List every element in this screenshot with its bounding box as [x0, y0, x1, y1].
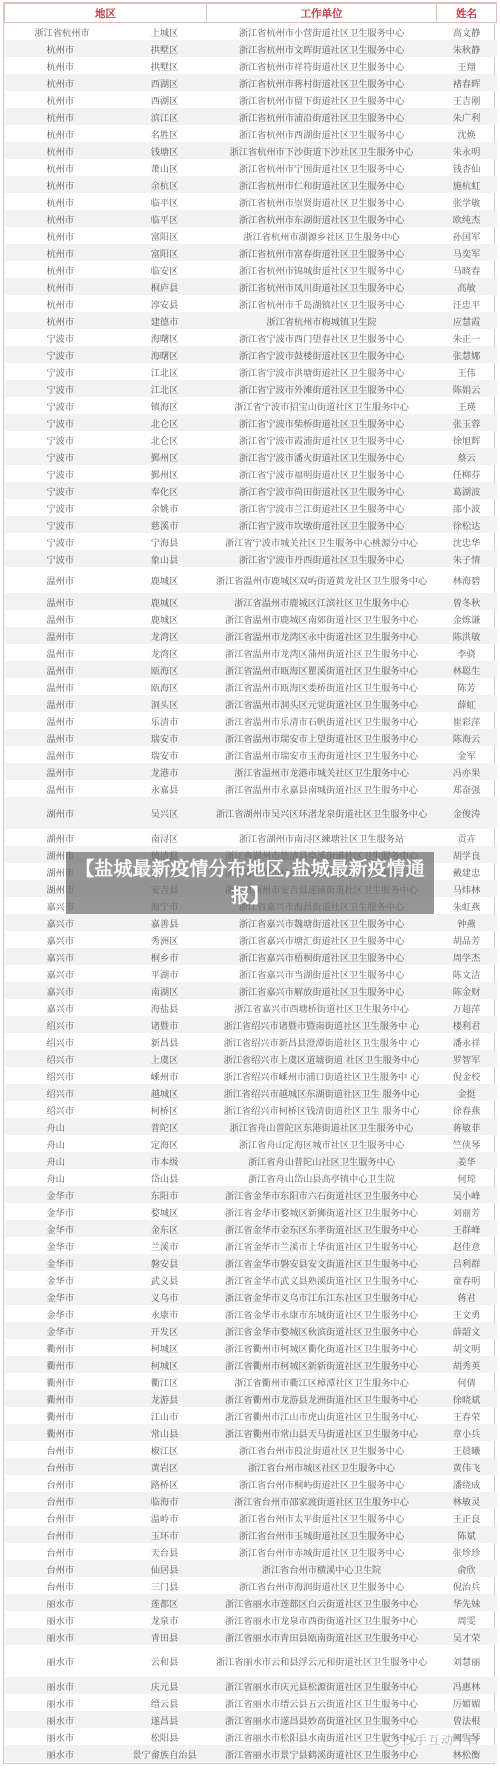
cell-district: 嘉善县 [123, 914, 207, 931]
table-row: 嘉兴市南湖区浙江省嘉兴市解放街道社区卫生服务中心陈金财 [5, 982, 497, 999]
cell-unit: 浙江省丽水市遂昌县妙高街道社区卫生服务中心 [207, 1711, 437, 1728]
table-row: 金华市义乌市浙江省金华市义乌市江东江东社区卫生服务中心蒋君 [5, 1288, 497, 1305]
cell-city: 绍兴市 [5, 1101, 123, 1118]
cell-district: 北仑区 [123, 414, 207, 431]
cell-name: 李骁 [437, 644, 497, 661]
cell-name: 曾法根 [437, 1711, 497, 1728]
table-row: 宁波市余姚市浙江省宁波市兰江街道社区卫生服务中心邵小波 [5, 499, 497, 516]
table-row: 舟山市本级浙江省舟山普陀山社区卫生服务中心姜华 [5, 1152, 497, 1169]
cell-district: 拱墅区 [123, 57, 207, 74]
cell-city: 丽水市 [5, 1694, 123, 1711]
cell-district: 桐乡市 [123, 948, 207, 965]
cell-city: 嘉兴市 [5, 914, 123, 931]
cell-name: 钱杏仙 [437, 159, 497, 176]
table-row: 绍兴市柯桥区浙江省绍兴市柯桥区钱清街道社区卫生 服务中心徐春燕 [5, 1101, 497, 1118]
cell-name: 高敏 [437, 278, 497, 295]
cell-name: 朱正一 [437, 329, 497, 346]
cell-unit: 浙江省杭州市浦沿街道社区卫生服务中心 [207, 108, 437, 125]
cell-district: 拱墅区 [123, 40, 207, 57]
cell-district: 柯桥区 [123, 1101, 207, 1118]
cell-district: 柯城区 [123, 1339, 207, 1356]
cell-district: 鄞州区 [123, 448, 207, 465]
table-row: 杭州市名胜区浙江省杭州市西湖街道社区卫生服务中心沈焕 [5, 125, 497, 142]
cell-city: 杭州市 [5, 193, 123, 210]
cell-city: 宁波市 [5, 363, 123, 380]
cell-district: 常山县 [123, 1424, 207, 1441]
cell-name: 郑奋强 [437, 780, 497, 797]
cell-unit: 浙江省舟山普陀区东港街道社区卫生服务中心 [207, 1118, 437, 1135]
cell-city: 台州市 [5, 1441, 123, 1458]
cell-district: 上虞区 [123, 1050, 207, 1067]
cell-name: 竺侠琴 [437, 1135, 497, 1152]
cell-city: 衢州市 [5, 1390, 123, 1407]
cell-district: 永嘉县 [123, 780, 207, 797]
cell-city: 宁波市 [5, 414, 123, 431]
cell-name: 王春荣 [437, 1407, 497, 1424]
cell-district: 瑞安市 [123, 729, 207, 746]
cell-district: 秀洲区 [123, 931, 207, 948]
cell-unit: 浙江省金华市金东区东孝街道社区卫生服务中心 [207, 1220, 437, 1237]
cell-name: 蔡云 [437, 448, 497, 465]
table-row: 衢州市江山市浙江省衢州市江山市虎山街道社区卫生服务中心王春荣 [5, 1407, 497, 1424]
cell-city: 温州市 [5, 627, 123, 644]
cell-unit: 浙江省湖州市吴兴区环渚龙泉街道社区卫生服务中心 [207, 797, 437, 829]
cell-city: 杭州市 [5, 91, 123, 108]
cell-unit: 浙江省丽水市龙泉市西街街道社区卫生服务中心 [207, 1611, 437, 1628]
cell-name: 陈娟云 [437, 380, 497, 397]
cell-district: 庆元县 [123, 1677, 207, 1694]
cell-district: 遂昌县 [123, 1711, 207, 1728]
cell-unit: 浙江省台州市葭沚街道社区卫生服务中心 [207, 1441, 437, 1458]
cell-city: 温州市 [5, 780, 123, 797]
table-row: 杭州市临平区浙江省杭州市崇贤街道社区卫生服务中心张学敏 [5, 193, 497, 210]
table-row: 宁波市鄞州区浙江省宁波市福明街道社区卫生服务中心任柳芬 [5, 465, 497, 482]
cell-name: 胡学良 [437, 846, 497, 863]
cell-district: 临平区 [123, 193, 207, 210]
cell-name: 徐松达 [437, 516, 497, 533]
cell-name: 吴才荣 [437, 1628, 497, 1645]
cell-city: 杭州市 [5, 108, 123, 125]
table-row: 衢州市柯城区浙江省衢州市柯城区衢化街道社区卫生服务中心胡文明 [5, 1339, 497, 1356]
table-row: 舟山定海区浙江省舟山定海区城市社区卫生服务中心竺侠琴 [5, 1135, 497, 1152]
cell-city: 舟山 [5, 1135, 123, 1152]
cell-name: 王瑛 [437, 397, 497, 414]
cell-district: 江北区 [123, 380, 207, 397]
cell-name: 王文勇 [437, 1305, 497, 1322]
cell-city: 丽水市 [5, 1728, 123, 1745]
cell-city: 丽水市 [5, 1628, 123, 1645]
cell-unit: 浙江省宁波市丹西街道社区卫生服务中心 [207, 550, 437, 567]
cell-district: 西湖区 [123, 74, 207, 91]
cell-unit: 浙江省台州市赤城街道社区卫生服务中心 [207, 1543, 437, 1560]
cell-district: 青田县 [123, 1628, 207, 1645]
cell-city: 湖州市 [5, 829, 123, 846]
cell-city: 衢州市 [5, 1356, 123, 1373]
table-row: 杭州市西湖区浙江省杭州市蒋村街道社区卫生服务中心褚春晖 [5, 74, 497, 91]
cell-district: 平湖市 [123, 965, 207, 982]
cell-district: 桐庐县 [123, 278, 207, 295]
table-row: 温州市鹿城区浙江省温州市鹿城区江滨社区卫生服务中心曾冬秋 [5, 593, 497, 610]
cell-district: 余杭区 [123, 176, 207, 193]
cell-unit: 浙江省台州市桐屿街道社区卫生服务中心 [207, 1475, 437, 1492]
table-row: 台州市黄岩区浙江省台州市城区社区卫生服务中心黄伟飞 [5, 1458, 497, 1475]
cell-unit: 浙江省宁波市城关社区卫生服务中心桃源分中心 [207, 533, 437, 550]
cell-name: 黄伟飞 [437, 1458, 497, 1475]
cell-city: 杭州市 [5, 261, 123, 278]
cell-unit: 浙江省丽水市莲都区白云街道社区卫生服务中心 [207, 1594, 437, 1611]
cell-district: 慈溪市 [123, 516, 207, 533]
table-row: 宁波市奉化区浙江省宁波市尚田街道社区卫生服务中心葛湖波 [5, 482, 497, 499]
cell-unit: 浙江省温州市鹿城区江滨社区卫生服务中心 [207, 593, 437, 610]
table-row: 丽水市庆元县浙江省丽水市庆元县松源街道社区卫生服务中心冯惠林 [5, 1677, 497, 1694]
cell-city: 温州市 [5, 763, 123, 780]
cell-unit: 浙江省衢州市柯城区新新街道社区卫生服务中心 [207, 1356, 437, 1373]
cell-name: 厉媚媚 [437, 1694, 497, 1711]
cell-district: 仙居县 [123, 1560, 207, 1577]
cell-name: 蒋君 [437, 1288, 497, 1305]
cell-district: 北仑区 [123, 431, 207, 448]
table-row: 温州市瑞安市浙江省温州市瑞安市玉海街道社区卫生服务中心金军 [5, 746, 497, 763]
cell-unit: 浙江省台州市太平街道社区卫生服务中心 [207, 1509, 437, 1526]
table-row: 台州市临海市浙江省台州市邵家渡街道社区卫生服务中心林敏灵 [5, 1492, 497, 1509]
cell-name: 张慧娜 [437, 346, 497, 363]
table-row: 宁波市江北区浙江省宁波市洪塘街道社区卫生服务中心王伟 [5, 363, 497, 380]
cell-unit: 浙江省宁波市兰江街道社区卫生服务中心 [207, 499, 437, 516]
cell-unit: 浙江省舟山普陀山社区卫生服务中心 [207, 1152, 437, 1169]
cell-city: 宁波市 [5, 499, 123, 516]
table-row: 杭州市富阳区浙江省杭州市富春街道社区卫生服务中心马奕军 [5, 244, 497, 261]
cell-city: 杭州市 [5, 125, 123, 142]
cell-city: 丽水市 [5, 1611, 123, 1628]
cell-name: 陈海云 [437, 729, 497, 746]
cell-city: 金华市 [5, 1305, 123, 1322]
cell-district: 普陀区 [123, 1118, 207, 1135]
cell-district: 龙游县 [123, 1390, 207, 1407]
table-row: 嘉兴市平湖市浙江省嘉兴市当湖街道社区卫生服务中心陈文洁 [5, 965, 497, 982]
cell-name: 何琼 [437, 1169, 497, 1186]
table-row: 金华市金东区浙江省金华市金东区东孝街道社区卫生服务中心王群峰 [5, 1220, 497, 1237]
cell-unit: 浙江省杭州市下沙街道下沙社区卫生服务中心 [207, 142, 437, 159]
cell-district: 萧山区 [123, 159, 207, 176]
cell-city: 宁波市 [5, 550, 123, 567]
cell-city: 宁波市 [5, 329, 123, 346]
cell-district: 瑞安市 [123, 746, 207, 763]
cell-city: 金华市 [5, 1271, 123, 1288]
cell-city: 温州市 [5, 712, 123, 729]
cell-city: 金华市 [5, 1322, 123, 1339]
cell-city: 宁波市 [5, 397, 123, 414]
table-row: 宁波市海曙区浙江省宁波市鼓楼街道社区卫生服务中心张慧娜 [5, 346, 497, 363]
cell-unit: 浙江省杭州市千岛湖镇社区卫生服务中心 [207, 295, 437, 312]
cell-district: 洞头区 [123, 695, 207, 712]
cell-unit: 浙江省宁波市福明街道社区卫生服务中心 [207, 465, 437, 482]
article-title-overlay: 【盐城最新疫情分布地区,盐城最新疫情通报】 [66, 852, 434, 914]
table-row: 杭州市桐庐县浙江省杭州市凤川街道社区卫生服务中心高敏 [5, 278, 497, 295]
table-row: 杭州市拱墅区浙江省杭州市祥符街道社区卫生服务中心王翔 [5, 57, 497, 74]
table-row: 台州市三门县浙江省台州市海润街道社区卫生服务中心倪治兵 [5, 1577, 497, 1594]
table-row: 舟山岱山县浙江省舟山岱山县高亭镇中心卫生院何琼 [5, 1169, 497, 1186]
cell-name: 何倩 [437, 1373, 497, 1390]
table-row: 舟山普陀区浙江省舟山普陀区东港街道社区卫生服务中心蒋敏菲 [5, 1118, 497, 1135]
table-row: 宁波市海曙区浙江省宁波市西门望春社区卫生服务中心朱正一 [5, 329, 497, 346]
cell-unit: 浙江省杭州市文晖街道社区卫生服务中心 [207, 40, 437, 57]
cell-unit: 浙江省温州市龙湾区永中街道社区卫生服务中心 [207, 627, 437, 644]
cell-name: 赵佳意 [437, 1237, 497, 1254]
cell-district: 龙湾区 [123, 644, 207, 661]
table-row: 温州市鹿城区浙江省温州市鹿城区南郊街道社区卫生服务中心金炼谦 [5, 610, 497, 627]
cell-city: 衢州市 [5, 1339, 123, 1356]
cell-district: 定海区 [123, 1135, 207, 1152]
cell-unit: 浙江省衢州市江山市虎山街道社区卫生服务中心 [207, 1407, 437, 1424]
cell-name: 沈忠华 [437, 533, 497, 550]
cell-name: 薛虹 [437, 695, 497, 712]
cell-unit: 浙江省绍兴市嵊州市浦口街道社区卫生服务中 心 [207, 1067, 437, 1084]
cell-district: 衢江区 [123, 1373, 207, 1390]
cell-district: 建德市 [123, 312, 207, 329]
table-row: 台州市温岭市浙江省台州市太平街道社区卫生服务中心王正良 [5, 1509, 497, 1526]
cell-name: 朱虹燕 [437, 897, 497, 914]
header-region: 地区 [5, 3, 207, 23]
cell-name: 朱子情 [437, 550, 497, 567]
cell-city: 台州市 [5, 1458, 123, 1475]
cell-city: 杭州市 [5, 176, 123, 193]
table-row: 浙江省杭州市上城区浙江省杭州市小营街道社区卫生服务中心高文静 [5, 23, 497, 41]
table-row: 台州市玉环市浙江省台州市玉城街道社区卫生服务中心陈斌 [5, 1526, 497, 1543]
table-row: 杭州市富阳区浙江省杭州市湖源乡社区卫生服务中心孙国军 [5, 227, 497, 244]
cell-unit: 浙江省绍兴市上虞区道墟街道 社区卫生服务中心 [207, 1050, 437, 1067]
cell-name: 薛韶文 [437, 1322, 497, 1339]
table-row: 宁波市镇海区浙江省宁波市招宝山街道社区卫生服务中心王瑛 [5, 397, 497, 414]
cell-district: 名胜区 [123, 125, 207, 142]
cell-district: 临安区 [123, 261, 207, 278]
cell-name: 陈文洁 [437, 965, 497, 982]
cell-name: 金军 [437, 746, 497, 763]
cell-name: 万超萍 [437, 999, 497, 1016]
table-row: 宁波市江北区浙江省宁波市外滩街道社区卫生服务中心陈娟云 [5, 380, 497, 397]
cell-district: 淳安县 [123, 295, 207, 312]
cell-unit: 浙江省金华市婺城区秋滨街道社区卫生服务中心 [207, 1322, 437, 1339]
cell-district: 临海市 [123, 1492, 207, 1509]
table-row: 宁波市象山县浙江省宁波市丹西街道社区卫生服务中心朱子情 [5, 550, 497, 567]
cell-unit: 浙江省衢州市常山县天马街道社区卫生服务中心 [207, 1424, 437, 1441]
cell-city: 浙江省杭州市 [5, 23, 123, 41]
cell-name: 钟燕 [437, 914, 497, 931]
cell-unit: 浙江省丽水市云和县浮云元和街道社区卫生服务中心 [207, 1645, 437, 1677]
cell-city: 丽水市 [5, 1711, 123, 1728]
cell-city: 丽水市 [5, 1594, 123, 1611]
cell-unit: 浙江省衢州市龙游县龙洲街道社区卫生服务中心 [207, 1390, 437, 1407]
cell-district: 岱山县 [123, 1169, 207, 1186]
cell-district: 路桥区 [123, 1475, 207, 1492]
table-header-row: 地区 工作单位 姓名 [5, 3, 497, 23]
table-row: 丽水市云和县浙江省丽水市云和县浮云元和街道社区卫生服务中心刘慧丽 [5, 1645, 497, 1677]
cell-city: 金华市 [5, 1288, 123, 1305]
cell-unit: 浙江省宁波市尚田街道社区卫生服务中心 [207, 482, 437, 499]
cell-unit: 浙江省杭州市东湖街道社区卫生服务中心 [207, 210, 437, 227]
table-row: 丽水市龙泉市浙江省丽水市龙泉市西街街道社区卫生服务中心周雯 [5, 1611, 497, 1628]
table-row: 绍兴市嵊州市浙江省绍兴市嵊州市浦口街道社区卫生服务中 心倪金校 [5, 1067, 497, 1084]
cell-city: 金华市 [5, 1220, 123, 1237]
cell-name: 马奕军 [437, 244, 497, 261]
cell-city: 杭州市 [5, 244, 123, 261]
table-row: 宁波市鄞州区浙江省宁波市潘火街道社区卫生服务中心蔡云 [5, 448, 497, 465]
cell-city: 温州市 [5, 678, 123, 695]
cell-name: 褚春晖 [437, 74, 497, 91]
cell-city: 嘉兴市 [5, 965, 123, 982]
cell-unit: 浙江省衢州市柯城区衢化街道社区卫生服务中心 [207, 1339, 437, 1356]
cell-city: 杭州市 [5, 210, 123, 227]
cell-name: 徐春燕 [437, 1101, 497, 1118]
cell-district: 景宁畲族自治县 [123, 1745, 207, 1762]
cell-district: 柯城区 [123, 1356, 207, 1373]
table-row: 丽水市遂昌县浙江省丽水市遂昌县妙高街道社区卫生服务中心曾法根 [5, 1711, 497, 1728]
cell-city: 温州市 [5, 661, 123, 678]
cell-unit: 浙江省金华市义乌市江东江东社区卫生服务中心 [207, 1288, 437, 1305]
cell-district: 龙泉市 [123, 1611, 207, 1628]
cell-city: 杭州市 [5, 312, 123, 329]
cell-district: 江山市 [123, 1407, 207, 1424]
cell-unit: 浙江省台州市横溪中心卫生院 [207, 1560, 437, 1577]
cell-city: 宁波市 [5, 431, 123, 448]
table-row: 衢州市衢江区浙江省衢州市衢江区樟潭社区卫生服务中心何倩 [5, 1373, 497, 1390]
table-row: 金华市武义县浙江省金华市武义县熟溪街道社区卫生服务中心童春明 [5, 1271, 497, 1288]
table-row: 温州市龙港市浙江省温州市龙港市城关社区卫生服务中心冯亦果 [5, 763, 497, 780]
cell-name: 陈斌 [437, 1526, 497, 1543]
cell-unit: 浙江省温州市瓯海区娄桥街道社区卫生服务中心 [207, 678, 437, 695]
cell-name: 刘慧丽 [437, 1645, 497, 1677]
cell-unit: 浙江省温州市龙港市城关社区卫生服务中心 [207, 763, 437, 780]
cell-city: 杭州市 [5, 40, 123, 57]
table-row: 衢州市龙游县浙江省衢州市龙游县龙洲街道社区卫生服务中心徐晓斌 [5, 1390, 497, 1407]
cell-name: 陈芳 [437, 678, 497, 695]
cell-name: 潘永祥 [437, 1033, 497, 1050]
cell-city: 杭州市 [5, 295, 123, 312]
cell-name: 吕利群 [437, 1254, 497, 1271]
table-row: 温州市永嘉县浙江省温州市永嘉县南城街道社区卫生服务中心郑奋强 [5, 780, 497, 797]
cell-city: 绍兴市 [5, 1084, 123, 1101]
cell-name: 周雯 [437, 1611, 497, 1628]
table-row: 绍兴市诸暨市浙江省绍兴市诸暨市暨南街道社区卫生服务中 心楼利君 [5, 1016, 497, 1033]
cell-district: 江北区 [123, 363, 207, 380]
cell-city: 金华市 [5, 1186, 123, 1203]
cell-unit: 浙江省宁波市柴桥街道社区卫生服务中心 [207, 414, 437, 431]
cell-district: 海盐县 [123, 999, 207, 1016]
cell-city: 台州市 [5, 1543, 123, 1560]
cell-name: 马炜林 [437, 880, 497, 897]
table-row: 金华市磐安县浙江省金华市磐安县安文街道社区卫生服务中心吕利群 [5, 1254, 497, 1271]
cell-unit: 浙江省舟山定海区城市社区卫生服务中心 [207, 1135, 437, 1152]
cell-unit: 浙江省绍兴市越城区东湖街道社区卫生 服务中心 [207, 1084, 437, 1101]
cell-unit: 浙江省杭州市梅城镇卫生院 [207, 312, 437, 329]
cell-unit: 浙江省杭州市湖源乡社区卫生服务中心 [207, 227, 437, 244]
cell-district: 温岭市 [123, 1509, 207, 1526]
cell-district: 婺城区 [123, 1203, 207, 1220]
cell-unit: 浙江省嘉兴市当湖街道社区卫生服务中心 [207, 965, 437, 982]
cell-district: 金东区 [123, 1220, 207, 1237]
cell-city: 温州市 [5, 746, 123, 763]
cell-unit: 浙江省金华市武义县熟溪街道社区卫生服务中心 [207, 1271, 437, 1288]
cell-name: 倪治兵 [437, 1577, 497, 1594]
cell-city: 金华市 [5, 1254, 123, 1271]
cell-name: 沈焕 [437, 125, 497, 142]
cell-name: 王伟 [437, 363, 497, 380]
cell-unit: 浙江省宁波市外滩街道社区卫生服务中心 [207, 380, 437, 397]
table-row: 温州市瑞安市浙江省温州市瑞安市上望街道社区卫生服务中心陈海云 [5, 729, 497, 746]
table-row: 温州市鹿城区浙江省温州市鹿城区双屿街道黄龙社区卫生服务中心林海碧 [5, 567, 497, 593]
cell-name: 任柳芬 [437, 465, 497, 482]
cell-name: 周学杰 [437, 948, 497, 965]
cell-name: 胡品芳 [437, 931, 497, 948]
cell-district: 三门县 [123, 1577, 207, 1594]
cell-city: 温州市 [5, 729, 123, 746]
cell-city: 宁波市 [5, 516, 123, 533]
cell-name: 张玉蓉 [437, 414, 497, 431]
table-row: 衢州市常山县浙江省衢州市常山县天马街道社区卫生服务中心章小兵 [5, 1424, 497, 1441]
cell-district: 缙云县 [123, 1694, 207, 1711]
cell-unit: 浙江省衢州市衢江区樟潭社区卫生服务中心 [207, 1373, 437, 1390]
cell-city: 湖州市 [5, 797, 123, 829]
cell-city: 杭州市 [5, 74, 123, 91]
cell-district: 义乌市 [123, 1288, 207, 1305]
cell-unit: 浙江省嘉兴市塘汇街道社区卫生服务中心 [207, 931, 437, 948]
table-row: 丽水市缙云县浙江省丽水市缙云县五云街道社区卫生服务中心厉媚媚 [5, 1694, 497, 1711]
cell-name: 冯亦果 [437, 763, 497, 780]
cell-district: 椒江区 [123, 1441, 207, 1458]
cell-district: 兰溪市 [123, 1237, 207, 1254]
cell-district: 天台县 [123, 1543, 207, 1560]
table-row: 宁波市北仑区浙江省宁波市霞浦街道社区卫生服务中心徐旭辉 [5, 431, 497, 448]
cell-city: 宁波市 [5, 380, 123, 397]
cell-name: 金挺 [437, 1084, 497, 1101]
cell-city: 丽水市 [5, 1745, 123, 1762]
cell-unit: 浙江省温州市龙湾区蒲州街道社区卫生服务中心 [207, 644, 437, 661]
cell-district: 松阳县 [123, 1728, 207, 1745]
watermark: 抄手互动平台 [383, 1731, 480, 1748]
cell-name: 高文静 [437, 23, 497, 41]
cell-district: 奉化区 [123, 482, 207, 499]
cell-name: 朱永明 [437, 142, 497, 159]
cell-city: 绍兴市 [5, 1067, 123, 1084]
cell-name: 汪忠平 [437, 295, 497, 312]
cell-city: 嘉兴市 [5, 948, 123, 965]
cell-district: 滨江区 [123, 108, 207, 125]
cell-unit: 浙江省绍兴市柯桥区钱清街道社区卫生 服务中心 [207, 1101, 437, 1118]
cell-city: 衢州市 [5, 1407, 123, 1424]
cell-name: 王翔 [437, 57, 497, 74]
table-row: 绍兴市越城区浙江省绍兴市越城区东湖街道社区卫生 服务中心金挺 [5, 1084, 497, 1101]
cell-name: 章小兵 [437, 1424, 497, 1441]
cell-city: 嘉兴市 [5, 931, 123, 948]
cell-city: 杭州市 [5, 159, 123, 176]
cell-unit: 浙江省杭州市宁围街道社区卫生服务中心 [207, 159, 437, 176]
cell-district: 诸暨市 [123, 1016, 207, 1033]
cell-name: 陈洪敏 [437, 627, 497, 644]
table-row: 杭州市临安区浙江省杭州市锦城街道社区卫生服务中心马晓春 [5, 261, 497, 278]
cell-name: 刘丽芳 [437, 1203, 497, 1220]
cell-name: 徐旭辉 [437, 431, 497, 448]
cell-district: 磐安县 [123, 1254, 207, 1271]
cell-city: 温州市 [5, 695, 123, 712]
cell-city: 宁波市 [5, 448, 123, 465]
cell-city: 金华市 [5, 1203, 123, 1220]
cell-district: 龙港市 [123, 763, 207, 780]
cell-city: 绍兴市 [5, 1016, 123, 1033]
cell-unit: 浙江省舟山岱山县高亭镇中心卫生院 [207, 1169, 437, 1186]
cell-unit: 浙江省金华市婺城区新狮街道社区卫生服务中心 [207, 1203, 437, 1220]
cell-city: 衢州市 [5, 1373, 123, 1390]
cell-city: 台州市 [5, 1560, 123, 1577]
cell-district: 临平区 [123, 210, 207, 227]
